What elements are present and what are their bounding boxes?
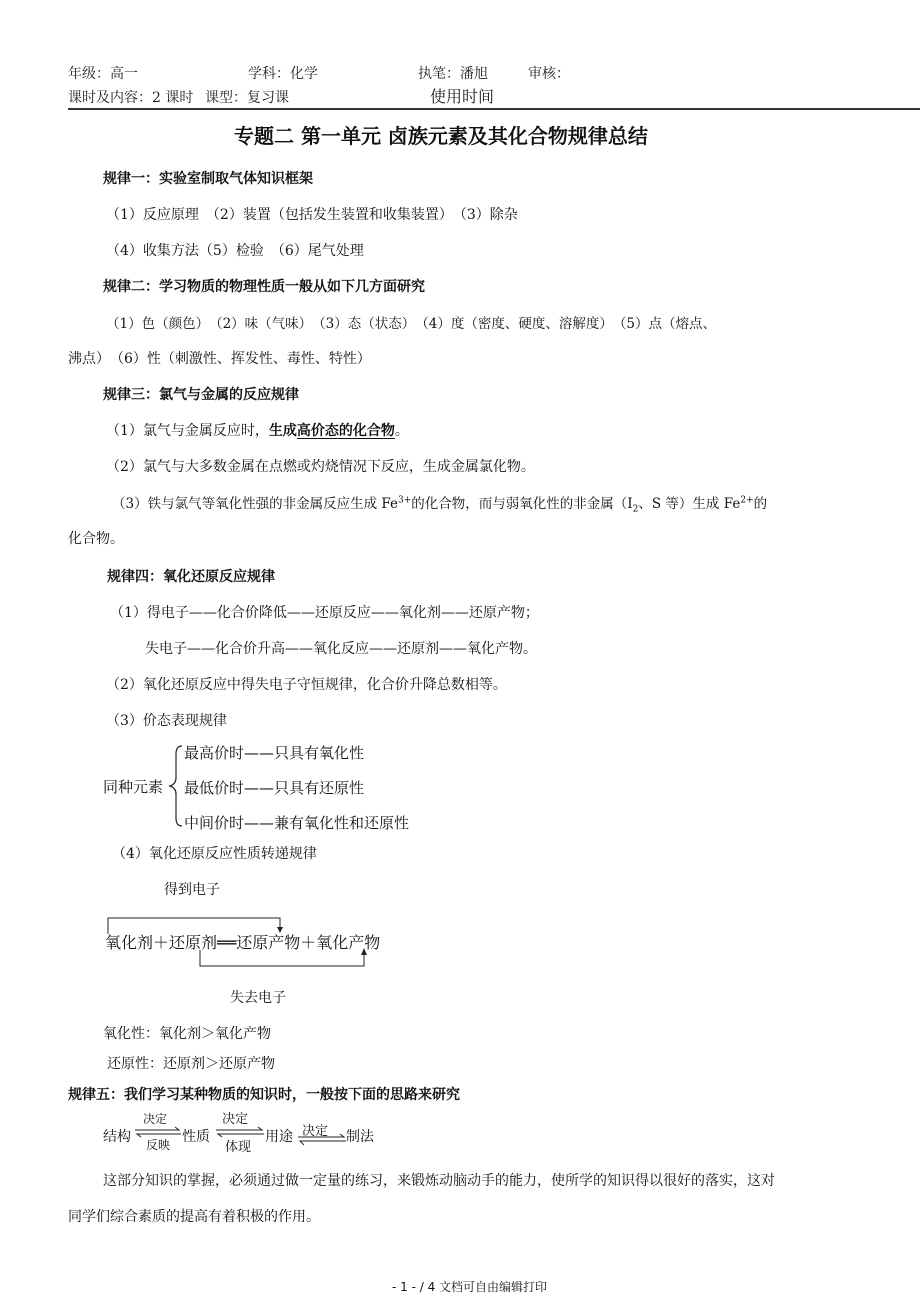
equilibrium-arrow-2 bbox=[214, 1128, 266, 1138]
closing-line2: 同学们综合素质的提高有着积极的作用。 bbox=[68, 1206, 320, 1226]
reducing-comparison: 还原性：还原剂＞还原产物 bbox=[107, 1053, 275, 1073]
rule4-item2: （2）氧化还原反应中得失电子守恒规律，化合价升降总数相等。 bbox=[106, 674, 507, 694]
header-reviewer: 审核： bbox=[528, 63, 570, 83]
gain-electron-label: 得到电子 bbox=[164, 879, 220, 899]
rule3-heading: 规律三：氯气与金属的反应规律 bbox=[103, 384, 299, 404]
valence-root: 同种元素 bbox=[103, 776, 163, 797]
chain-arrow1-top: 决定 bbox=[143, 1110, 167, 1127]
rule3-item3-b: 的化合物，而与弱氧化性的非金属（I bbox=[411, 496, 632, 512]
page-title: 专题二 第一单元 卤族元素及其化合物规律总结 bbox=[234, 120, 648, 149]
rule3-item3: （3）铁与氯气等氧化性强的非金属反应生成 Fe3+的化合物，而与弱氧化性的非金属… bbox=[112, 492, 767, 512]
redox-equation: 氧化剂＋还原剂══还原产物＋氧化产物 bbox=[105, 930, 380, 953]
rule3-item2: （2）氯气与大多数金属在点燃或灼烧情况下反应，生成金属氯化物。 bbox=[106, 456, 535, 476]
header-subject: 学科：化学 bbox=[248, 63, 318, 83]
rule3-item3-d: 的 bbox=[754, 496, 768, 512]
rule2-heading: 规律二：学习物质的物理性质一般从如下几方面研究 bbox=[103, 276, 425, 296]
rule4-item3: （3）价态表现规律 bbox=[106, 710, 227, 730]
equilibrium-arrow-1 bbox=[133, 1128, 183, 1138]
chain-property: 性质 bbox=[182, 1126, 210, 1146]
valence-branch-middle: 中间价时——兼有氧化性和还原性 bbox=[184, 812, 409, 833]
chain-preparation: 制法 bbox=[346, 1126, 374, 1146]
rule4-item4: （4）氧化还原反应性质转递规律 bbox=[112, 843, 317, 863]
equilibrium-arrow-3 bbox=[296, 1136, 348, 1146]
rule4-item1a: （1）得电子——化合价降低——还原反应——氧化剂——还原产物； bbox=[110, 602, 539, 622]
chain-arrow2-bottom: 体现 bbox=[225, 1136, 251, 1155]
rule1-heading: 规律一：实验室制取气体知识框架 bbox=[103, 168, 313, 188]
rule1-line1: （1）反应原理 （2）装置（包括发生装置和收集装置） （3）除杂 bbox=[106, 204, 518, 224]
rule1-line2: （4）收集方法（5）检验 （6）尾气处理 bbox=[106, 240, 364, 260]
lose-electron-label: 失去电子 bbox=[230, 987, 286, 1007]
header-divider bbox=[68, 108, 920, 110]
rule3-item3-c: 、S 等）生成 Fe bbox=[638, 496, 740, 512]
rule3-item1: （1）氯气与金属反应时，生成高价态的化合物。 bbox=[106, 420, 409, 440]
chain-usage: 用途 bbox=[265, 1126, 293, 1146]
chain-structure: 结构 bbox=[103, 1126, 131, 1146]
rule3-item3-a: （3）铁与氯气等氧化性强的非金属反应生成 Fe bbox=[112, 496, 398, 512]
rule3-item1-underline: 高价态的化合物 bbox=[297, 423, 395, 439]
rule3-item1-prefix: （1）氯气与金属反应时， bbox=[106, 423, 269, 439]
fe2-superscript: 2+ bbox=[740, 496, 753, 506]
header-hours: 课时及内容：2 课时 bbox=[68, 87, 193, 107]
header-type: 课型：复习课 bbox=[205, 87, 289, 107]
valence-branch-highest: 最高价时——只具有氧化性 bbox=[184, 742, 364, 763]
rule2-line1: （1）色（颜色） （2）味（气味） （3）态（状态） （4）度（密度、硬度、溶解… bbox=[106, 312, 716, 332]
rule4-heading: 规律四：氧化还原反应规律 bbox=[107, 566, 275, 586]
oxidizing-comparison: 氧化性：氧化剂＞氧化产物 bbox=[103, 1023, 271, 1043]
header-use-time: 使用时间 bbox=[430, 84, 494, 107]
header-author: 执笔：潘旭 bbox=[418, 63, 488, 83]
chain-arrow1-bottom: 反映 bbox=[146, 1136, 170, 1153]
header-grade: 年级：高一 bbox=[68, 63, 138, 83]
fe3-superscript: 3+ bbox=[398, 496, 411, 506]
rule3-item1-suffix: 。 bbox=[395, 423, 409, 439]
chain-arrow2-top: 决定 bbox=[222, 1108, 248, 1127]
page-footer: - 1 - / 4 文档可自由编辑打印 bbox=[392, 1278, 547, 1295]
closing-line1: 这部分知识的掌握，必须通过做一定量的练习，来锻炼动脑动手的能力，使所学的知识得以… bbox=[103, 1170, 775, 1190]
valence-branch-lowest: 最低价时——只具有还原性 bbox=[184, 777, 364, 798]
rule4-item1b: 失电子——化合价升高——氧化反应——还原剂——氧化产物。 bbox=[145, 638, 537, 658]
rule5-heading: 规律五：我们学习某种物质的知识时，一般按下面的思路来研究 bbox=[68, 1084, 460, 1104]
rule3-item1-bold: 生成高价态的化合物 bbox=[269, 423, 395, 439]
rule3-item3-line2: 化合物。 bbox=[68, 528, 124, 548]
rule2-line2: 沸点） （6）性（刺激性、挥发性、毒性、特性） bbox=[68, 348, 371, 368]
rule3-item1-bold-text: 生成 bbox=[269, 423, 297, 439]
